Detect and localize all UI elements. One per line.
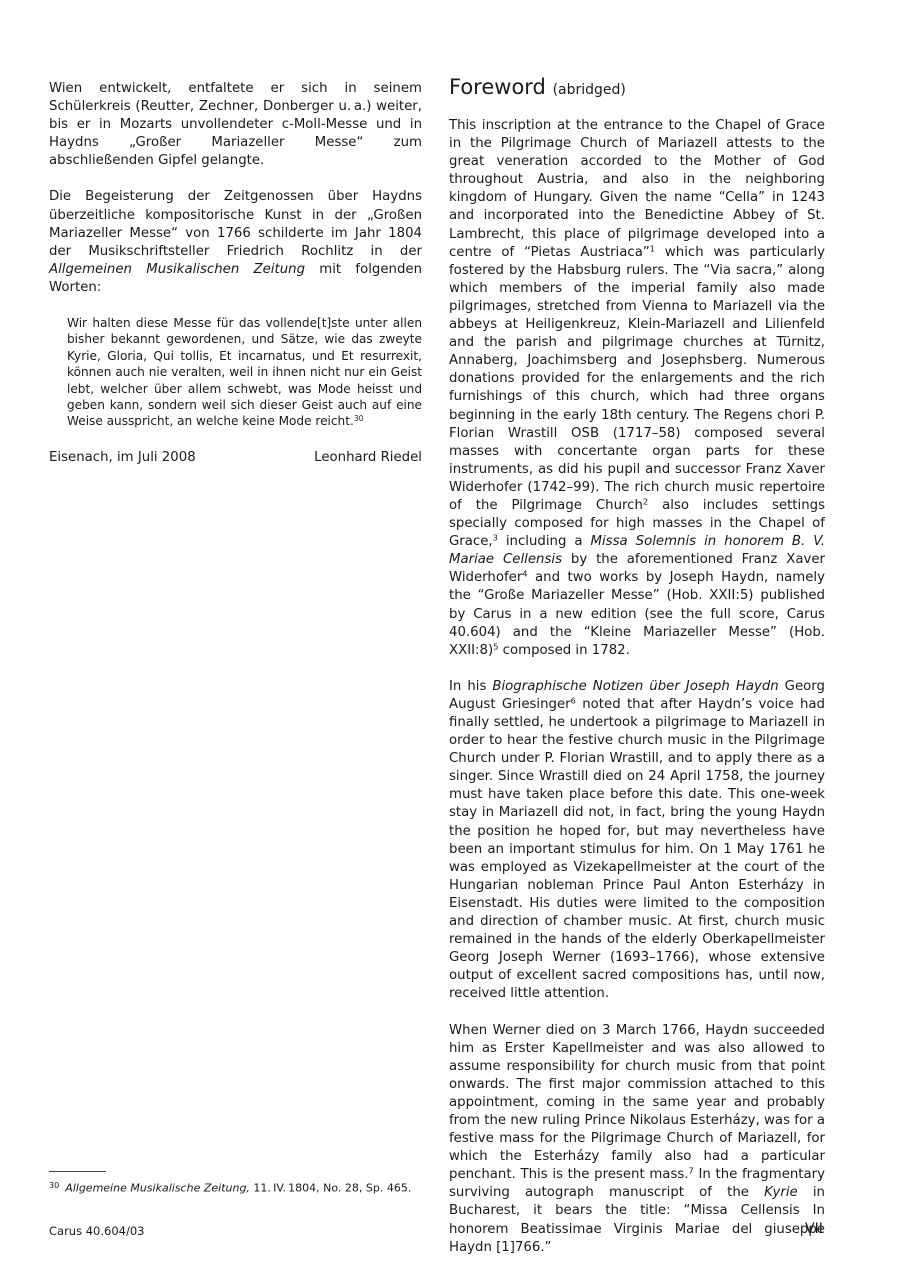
signature-line: Eisenach, im Juli 2008 Leonhard Riedel (49, 449, 422, 467)
footnote-divider (49, 1171, 106, 1172)
footnote-30: 30Allgemeine Musikalische Zeitung, 11. I… (49, 1179, 429, 1196)
text-run: including a (498, 534, 591, 549)
text-run: When Werner died on 3 March 1766, Haydn … (449, 1023, 825, 1183)
title-subtitle: (abridged) (553, 82, 626, 98)
foreword-paragraph-1: This inscription at the entrance to the … (449, 117, 825, 660)
movement-title: Kyrie (764, 1185, 798, 1200)
place-date: Eisenach, im Juli 2008 (49, 449, 196, 467)
left-column: Wien entwickelt, entfaltete er sich in s… (49, 80, 422, 467)
text-run: This inscription at the entrance to the … (449, 118, 825, 260)
left-paragraph-1: Wien entwickelt, entfaltete er sich in s… (49, 80, 422, 170)
text-run: which was particularly fostered by the H… (449, 245, 825, 513)
footnote-citation: 11. IV. 1804, No. 28, Sp. 465. (250, 1182, 411, 1195)
author-name: Leonhard Riedel (314, 449, 422, 467)
text-run: noted that after Haydn’s voice had final… (449, 697, 825, 1002)
quote-text: Wir halten diese Messe für das vollende[… (67, 316, 422, 428)
journal-title: Allgemeinen Musikalischen Zeitung (49, 262, 305, 277)
right-column: This inscription at the entrance to the … (449, 117, 825, 1257)
book-title: Biographische Notizen über Joseph Haydn (492, 679, 778, 694)
footnote-ref[interactable]: 30 (354, 414, 364, 423)
page-number: VII (805, 1221, 823, 1237)
page-title: Foreword (abridged) (449, 74, 626, 103)
foreword-paragraph-2: In his Biographische Notizen über Joseph… (449, 678, 825, 1004)
footnote-source: Allgemeine Musikalische Zeitung, (65, 1182, 250, 1195)
catalog-number: Carus 40.604/03 (49, 1224, 145, 1238)
text-run: Die Begeisterung der Zeitgenossen über H… (49, 189, 422, 258)
text-run: composed in 1782. (498, 643, 629, 658)
text-run: In his (449, 679, 492, 694)
title-text: Foreword (449, 75, 546, 99)
foreword-paragraph-3: When Werner died on 3 March 1766, Haydn … (449, 1022, 825, 1257)
left-paragraph-2: Die Begeisterung der Zeitgenossen über H… (49, 188, 422, 297)
footnote-number: 30 (49, 1181, 59, 1190)
block-quote: Wir halten diese Messe für das vollende[… (67, 315, 422, 430)
